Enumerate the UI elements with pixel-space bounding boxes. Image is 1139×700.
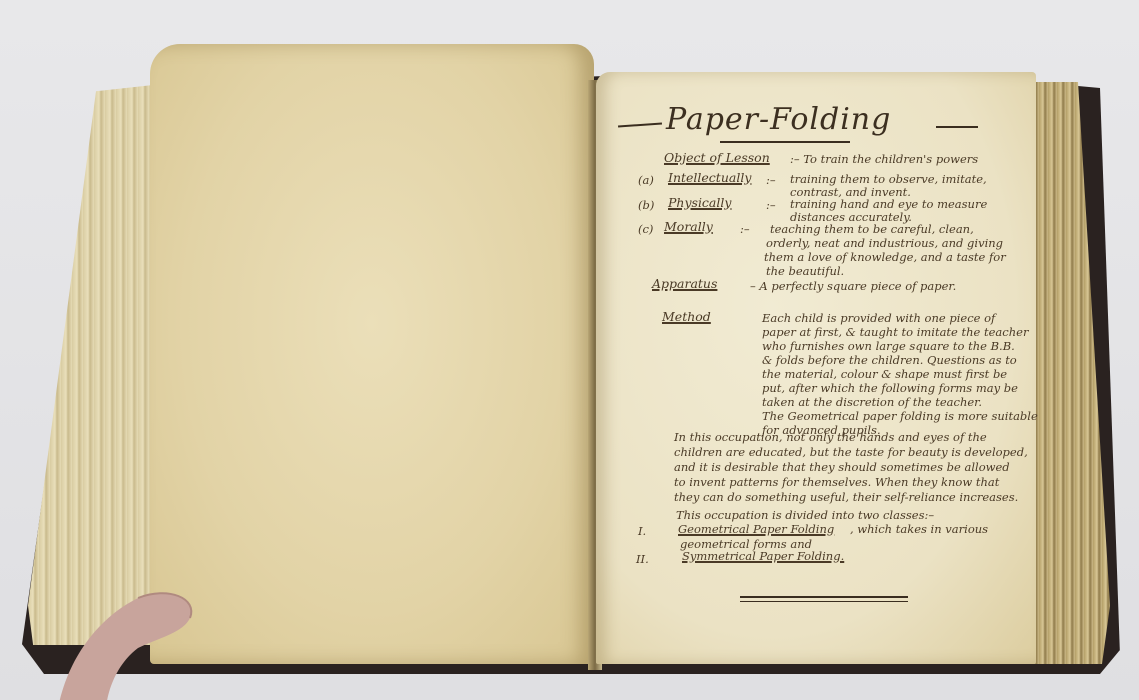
objective-label: Intellectually xyxy=(668,170,751,185)
class-label: Geometrical Paper Folding xyxy=(678,522,834,536)
object-text: :– To train the children's powers xyxy=(790,152,978,166)
objective-marker: (a) xyxy=(638,173,654,187)
objective-line: them a love of knowledge, and a taste fo… xyxy=(764,250,1006,264)
closing-rule xyxy=(740,596,908,598)
objective-line: training hand and eye to measure xyxy=(790,197,987,211)
objective-sep: :– xyxy=(740,222,750,236)
method-line: Each child is provided with one piece of xyxy=(762,311,995,325)
method-line: & folds before the children. Questions a… xyxy=(762,353,1017,367)
left-page-blank xyxy=(150,44,594,664)
class-numeral: I. xyxy=(638,524,646,538)
title-rule-right xyxy=(936,126,978,128)
objective-line: the beautiful. xyxy=(766,264,844,278)
paragraph-line: children are educated, but the taste for… xyxy=(674,445,1028,459)
objective-line: orderly, neat and industrious, and givin… xyxy=(766,236,1003,250)
class-rest: , which takes in various xyxy=(850,522,988,536)
method-line: The Geometrical paper folding is more su… xyxy=(762,409,1038,423)
objective-sep: :– xyxy=(766,198,776,212)
objective-line: training them to observe, imitate, xyxy=(790,172,987,186)
objective-sep: :– xyxy=(766,173,776,187)
class-numeral: II. xyxy=(636,552,649,566)
paragraph-line: they can do something useful, their self… xyxy=(674,490,1018,504)
method-line: who furnishes own large square to the B.… xyxy=(762,339,1015,353)
paragraph-line: to invent patterns for themselves. When … xyxy=(674,475,999,489)
objective-label: Physically xyxy=(668,195,731,210)
closing-rule-thin xyxy=(740,601,908,602)
class-label: Symmetrical Paper Folding. xyxy=(682,549,844,563)
object-label: Object of Lesson xyxy=(664,150,770,165)
method-line: the material, colour & shape must first … xyxy=(762,367,1007,381)
method-line: taken at the discretion of the teacher. xyxy=(762,395,982,409)
paragraph-line: and it is desirable that they should som… xyxy=(674,460,1010,474)
apparatus-label: Apparatus xyxy=(652,276,717,291)
method-label: Method xyxy=(662,309,711,324)
paragraph-line: In this occupation, not only the hands a… xyxy=(674,430,987,444)
objective-line: teaching them to be careful, clean, xyxy=(770,222,974,236)
method-line: put, after which the following forms may… xyxy=(762,381,1018,395)
classes-intro: This occupation is divided into two clas… xyxy=(676,508,934,522)
objective-marker: (b) xyxy=(638,198,654,212)
apparatus-text: – A perfectly square piece of paper. xyxy=(750,279,956,293)
method-line: paper at first, & taught to imitate the … xyxy=(762,325,1028,339)
objective-marker: (c) xyxy=(638,222,653,236)
finger xyxy=(58,588,198,700)
title-underline xyxy=(720,141,850,143)
objective-label: Morally xyxy=(664,219,713,234)
page-title: Paper-Folding xyxy=(666,102,891,137)
